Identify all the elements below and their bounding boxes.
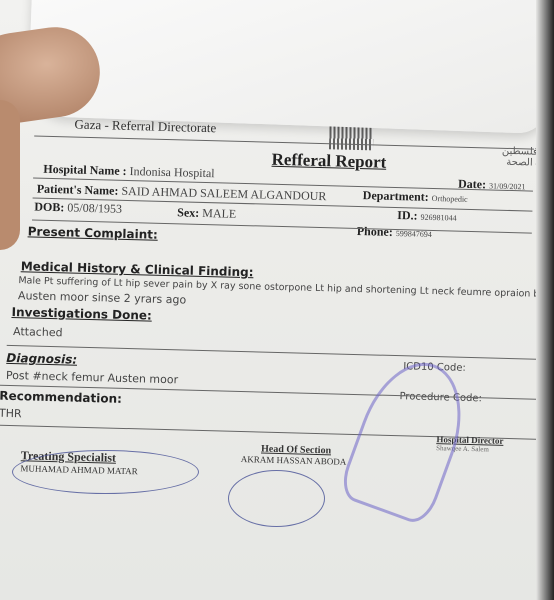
patient-label: Patient's Name: — [37, 182, 119, 198]
folded-paper-flap — [28, 0, 553, 134]
diagnosis-value: Post #neck femur Austen moor — [6, 369, 178, 387]
divider — [7, 345, 547, 360]
dob-label: DOB: — [34, 200, 64, 215]
investigations-value: Attached — [13, 325, 63, 339]
photo-background: Gaza - Referral Directorate دولة فلسطين … — [0, 0, 554, 600]
head-of-section-block: Head Of Section AKRAM HASSAN ABODA — [241, 443, 347, 467]
sex-label: Sex: — [177, 205, 199, 220]
hospital-label: Hospital Name : — [43, 162, 127, 178]
report-title: Refferal Report — [271, 150, 386, 173]
investigations-heading: Investigations Done: — [11, 305, 152, 323]
diagnosis-heading: Diagnosis: — [6, 351, 77, 367]
head-of-section-name: AKRAM HASSAN ABODA — [241, 454, 347, 467]
divider — [34, 136, 534, 150]
sex-value: MALE — [202, 206, 236, 221]
id-label: ID.: — [397, 208, 418, 223]
hospital-value: Indonisa Hospital — [129, 164, 214, 180]
present-complaint-heading: Present Complaint: — [28, 224, 158, 241]
signature-scribble-head — [228, 470, 325, 527]
id-field: ID.: 926981044 — [397, 208, 457, 225]
dob-value: 05/08/1953 — [67, 200, 122, 215]
department-value: Orthopedic — [432, 194, 468, 204]
id-value: 926981044 — [420, 213, 456, 223]
department-field: Department: Orthopedic — [363, 188, 468, 206]
dob-field: DOB: 05/08/1953 — [34, 200, 122, 217]
recommendation-heading: Recommendation: — [0, 389, 122, 406]
department-label: Department: — [363, 188, 429, 204]
phone-field: Phone: 599847694 — [357, 224, 432, 241]
hand — [0, 100, 20, 250]
sex-field: Sex: MALE — [177, 205, 236, 222]
phone-label: Phone: — [357, 224, 393, 239]
medical-history-line-2: Austen moor sinse 2 yrars ago — [18, 289, 186, 306]
signature-scribble-specialist — [12, 450, 199, 494]
recommendation-value: THR — [0, 407, 22, 421]
paper-edge-shadow — [536, 0, 554, 600]
